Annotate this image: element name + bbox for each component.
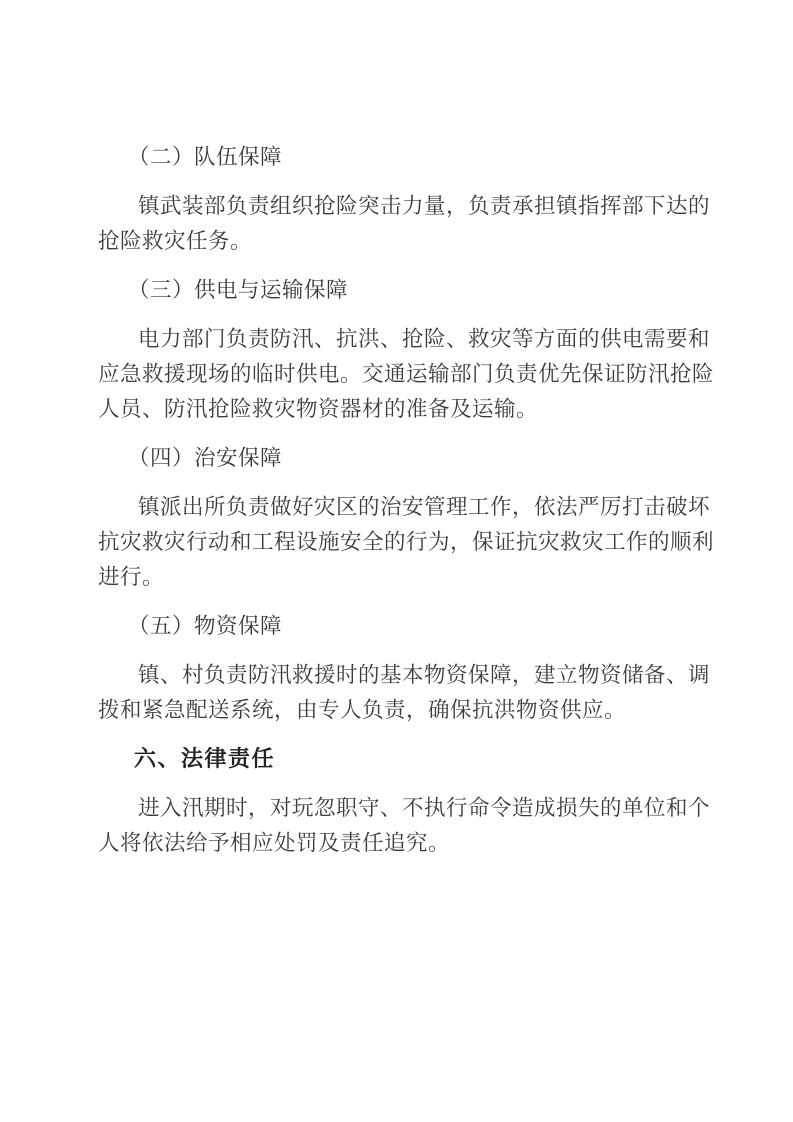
document-page: （二）队伍保障镇武装部负责组织抢险突击力量，负责承担镇指挥部下达的抢险救灾任务。… — [0, 0, 793, 1122]
section-heading: （二）队伍保障 — [98, 140, 705, 175]
section-heading: （四）治安保障 — [98, 441, 705, 476]
section-heading-text: （四）治安保障 — [98, 441, 705, 476]
paragraph: 进入汛期时，对玩忽职守、不执行命令造成损失的单位和个人将依法给予相应处罚及责任追… — [98, 791, 705, 861]
paragraph-line: 拨和紧急配送系统，由专人负责，确保抗洪物资供应。 — [98, 693, 705, 728]
section-heading-text: （三）供电与运输保障 — [98, 273, 705, 308]
paragraph-line: 镇武装部负责组织抢险突击力量，负责承担镇指挥部下达的 — [98, 189, 705, 224]
paragraph-line: 进入汛期时，对玩忽职守、不执行命令造成损失的单位和个 — [98, 791, 705, 826]
paragraph-line: 抢险救灾任务。 — [98, 224, 705, 259]
section-heading: （五）物资保障 — [98, 609, 705, 644]
chapter-heading-text: 六、法律责任 — [98, 742, 705, 777]
paragraph: 电力部门负责防汛、抗洪、抢险、救灾等方面的供电需要和应急救援现场的临时供电。交通… — [98, 322, 705, 427]
paragraph-line: 人将依法给予相应处罚及责任追究。 — [98, 826, 705, 861]
section-heading-text: （二）队伍保障 — [98, 140, 705, 175]
paragraph-line: 镇、村负责防汛救援时的基本物资保障，建立物资储备、调 — [98, 658, 705, 693]
paragraph-line: 电力部门负责防汛、抗洪、抢险、救灾等方面的供电需要和 — [98, 322, 705, 357]
paragraph-line: 抗灾救灾行动和工程设施安全的行为，保证抗灾救灾工作的顺利 — [98, 525, 705, 560]
paragraph: 镇武装部负责组织抢险突击力量，负责承担镇指挥部下达的抢险救灾任务。 — [98, 189, 705, 259]
paragraph-line: 应急救援现场的临时供电。交通运输部门负责优先保证防汛抢险 — [98, 357, 705, 392]
section-heading-text: （五）物资保障 — [98, 609, 705, 644]
paragraph: 镇派出所负责做好灾区的治安管理工作，依法严厉打击破坏抗灾救灾行动和工程设施安全的… — [98, 490, 705, 595]
paragraph-line: 进行。 — [98, 560, 705, 595]
section-heading: （三）供电与运输保障 — [98, 273, 705, 308]
document-content: （二）队伍保障镇武装部负责组织抢险突击力量，负责承担镇指挥部下达的抢险救灾任务。… — [98, 140, 705, 861]
paragraph-line: 人员、防汛抢险救灾物资器材的准备及运输。 — [98, 392, 705, 427]
chapter-heading: 六、法律责任 — [98, 742, 705, 777]
paragraph: 镇、村负责防汛救援时的基本物资保障，建立物资储备、调拨和紧急配送系统，由专人负责… — [98, 658, 705, 728]
paragraph-line: 镇派出所负责做好灾区的治安管理工作，依法严厉打击破坏 — [98, 490, 705, 525]
